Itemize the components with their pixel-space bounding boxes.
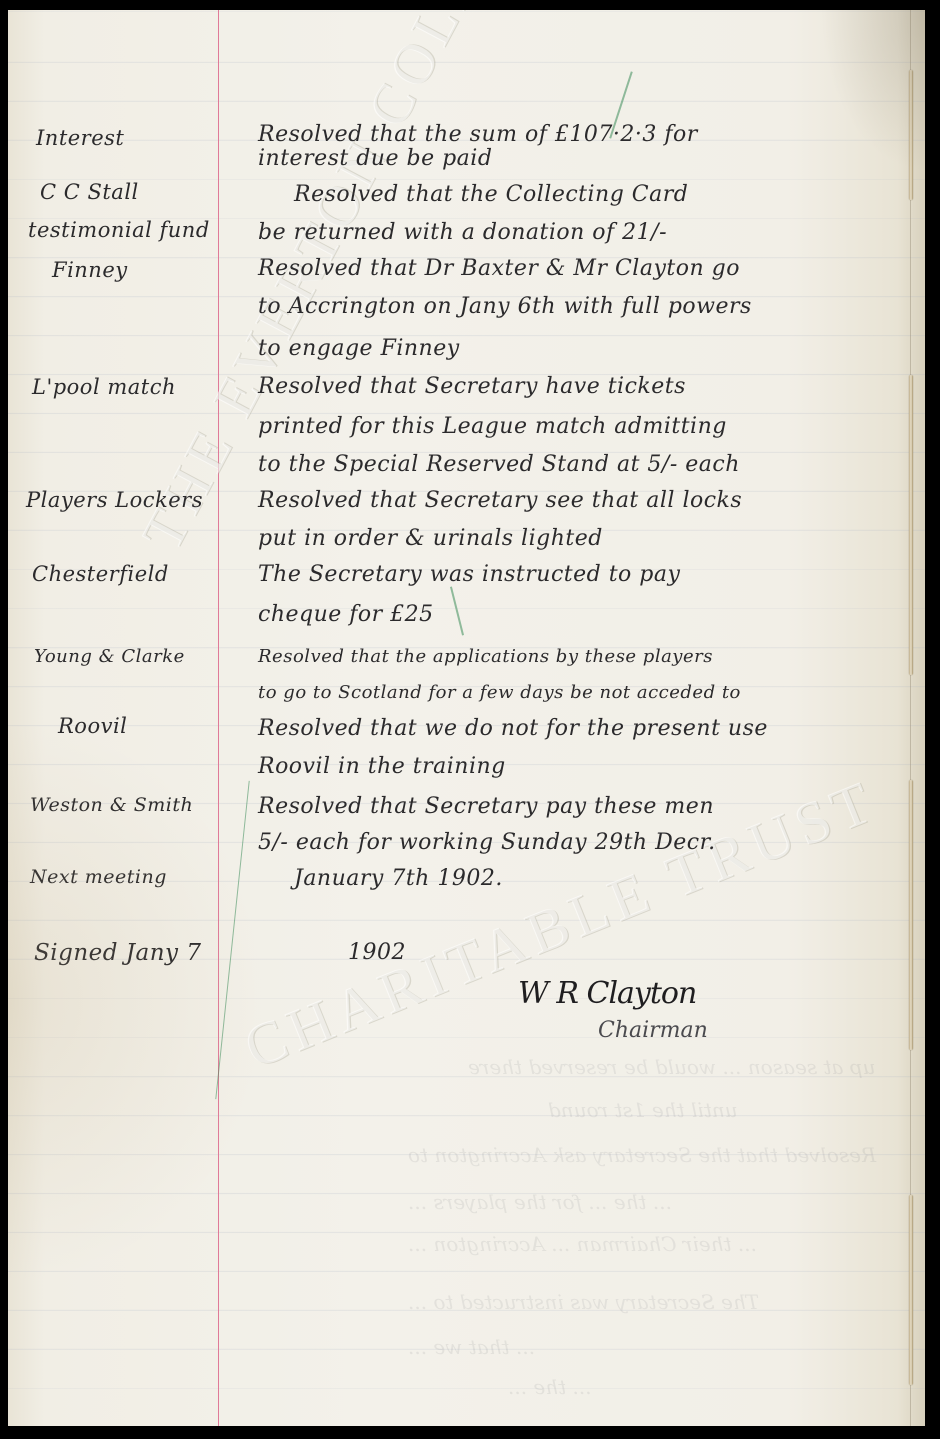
resolution-line: Resolved that the sum of £107·2·3 for [258, 122, 698, 147]
binding-stitch [909, 375, 913, 675]
margin-label-roovil: Roovil [58, 714, 127, 738]
green-tick-mark [215, 781, 249, 1099]
chairman-title: Chairman [598, 1018, 708, 1043]
binding-stitch [909, 70, 913, 200]
bleed-through-text: Resolved that the Secretary ask Accringt… [408, 1143, 876, 1167]
resolution-line: Resolved that Secretary see that all loc… [258, 488, 742, 513]
bleed-through-text: ... the ... for the players ... [408, 1190, 672, 1214]
margin-label-next-meeting: Next meeting [30, 866, 167, 888]
signed-date-label: Signed Jany 7 [34, 940, 201, 966]
resolution-line: Roovil in the training [258, 754, 506, 779]
margin-label-cc-stall: C C Stall [40, 180, 139, 204]
resolution-line: be returned with a donation of 21/- [258, 220, 667, 245]
resolution-line: Resolved that we do not for the present … [258, 716, 768, 741]
resolution-line: to engage Finney [258, 336, 460, 361]
margin-label-testimonial-fund: testimonial fund [28, 218, 210, 242]
bleed-through-text: ... the ... [508, 1375, 592, 1399]
red-margin-rule [218, 10, 219, 1426]
bleed-through-text: ... that we ... [408, 1335, 535, 1359]
resolution-line: Resolved that the Collecting Card [294, 182, 688, 207]
margin-label-young-clarke: Young & Clarke [34, 646, 185, 667]
bleed-through-text: until the 1st round [548, 1098, 738, 1122]
next-meeting-date: January 7th 1902. [294, 866, 503, 891]
binding-stitch [909, 1195, 913, 1385]
resolution-line: Resolved that Secretary have tickets [258, 374, 686, 399]
binding-stitch [909, 780, 913, 1050]
resolution-line: interest due be paid [258, 146, 492, 171]
resolution-line: Resolved that Secretary pay these men [258, 794, 714, 819]
resolution-line: Resolved that Dr Baxter & Mr Clayton go [258, 256, 740, 281]
margin-label-weston-smith: Weston & Smith [30, 794, 193, 816]
margin-label-lpool-match: L'pool match [32, 375, 176, 399]
margin-label-finney: Finney [52, 258, 128, 282]
resolution-line: put in order & urinals lighted [258, 526, 603, 551]
chairman-signature: W R Clayton [518, 976, 696, 1011]
resolution-line: to Accrington on Jany 6th with full powe… [258, 294, 752, 319]
resolution-line: The Secretary was instructed to pay [258, 562, 680, 587]
green-tick-mark [450, 587, 464, 636]
signed-year: 1902 [348, 940, 406, 965]
resolution-line: printed for this League match admitting [258, 414, 727, 439]
bleed-through-text: up at season ... would be reserved there [468, 1055, 875, 1079]
bleed-through-text: ... their Chairman ... Accrington ... [408, 1232, 757, 1256]
margin-label-chesterfield: Chesterfield [32, 562, 169, 586]
bleed-through-text: The Secretary was instructed to ... [408, 1290, 759, 1314]
ledger-page: up at season ... would be reserved there… [8, 10, 925, 1426]
margin-label-interest: Interest [36, 126, 124, 150]
margin-label-players-lockers: Players Lockers [26, 488, 203, 512]
resolution-line: Resolved that the applications by these … [258, 646, 713, 667]
resolution-line: 5/- each for working Sunday 29th Decr. [258, 830, 716, 855]
resolution-line: cheque for £25 [258, 602, 434, 627]
resolution-line: to go to Scotland for a few days be not … [258, 682, 741, 703]
watermark-top: THE EVERTON COLLECTION [128, 10, 612, 561]
resolution-line: to the Special Reserved Stand at 5/- eac… [258, 452, 740, 477]
